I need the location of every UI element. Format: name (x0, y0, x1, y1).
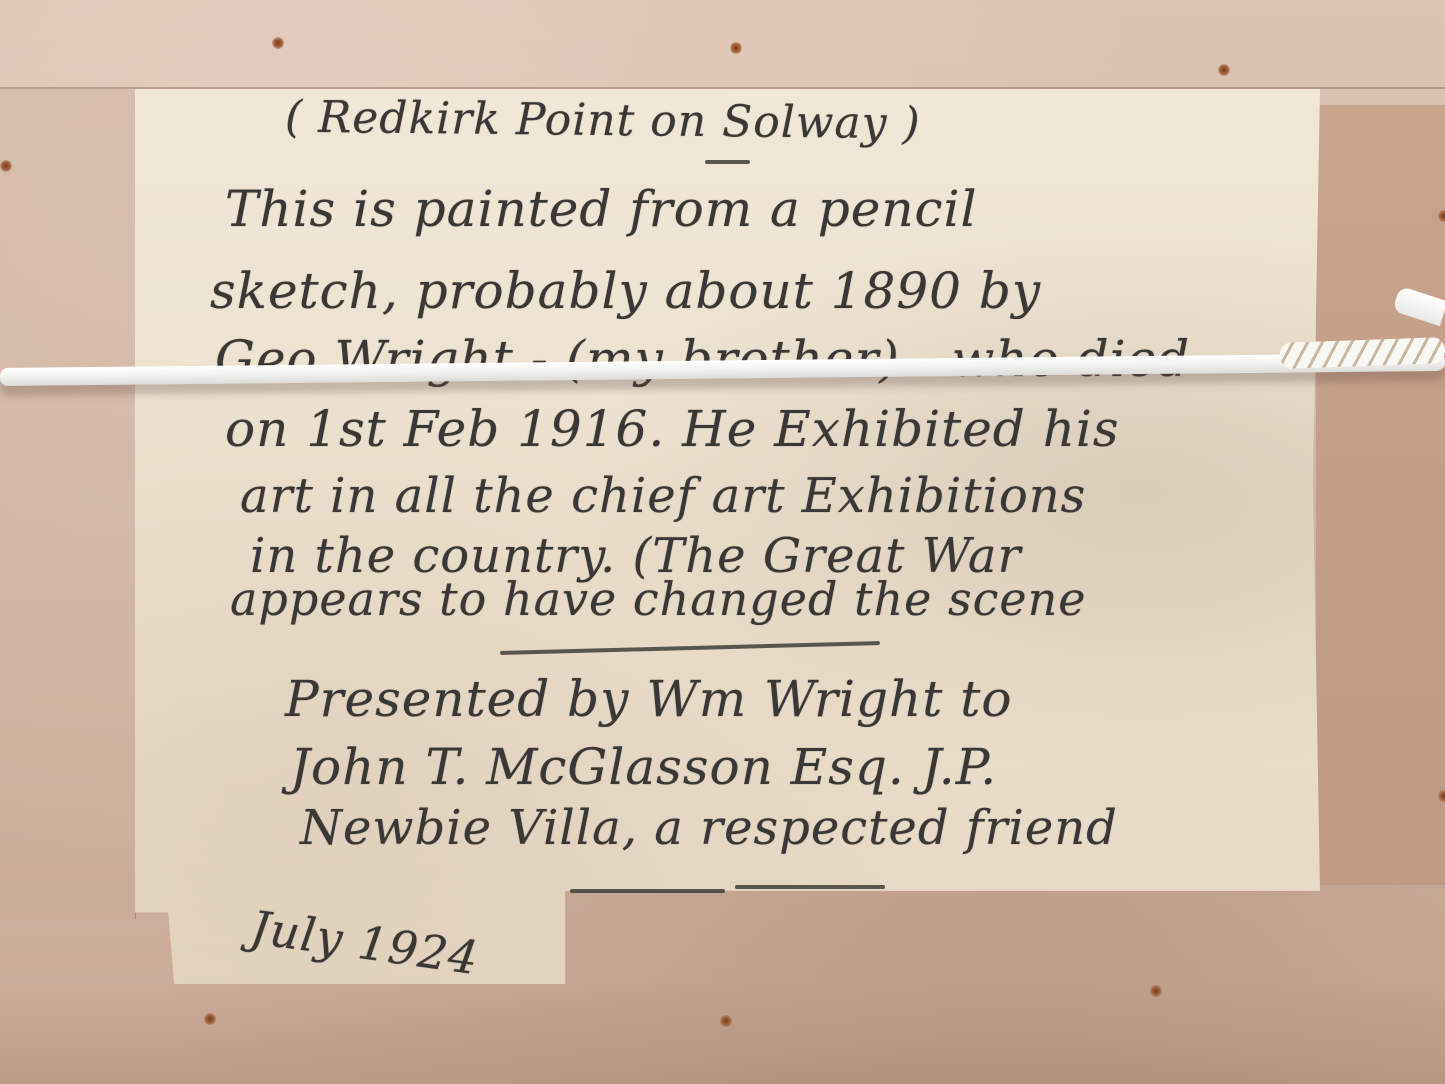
board-panel-left (0, 89, 136, 919)
note-line: sketch, probably about 1890 by (210, 262, 1041, 320)
nail-hole (1438, 790, 1445, 802)
presentation-line: Presented by Wm Wright to (285, 670, 1012, 728)
presentation-line: John T. McGlasson Esq. J.P. (290, 738, 997, 796)
note-line: on 1st Feb 1916. He Exhibited his (225, 400, 1120, 458)
nail-hole (1438, 210, 1445, 222)
shadow (0, 980, 1445, 1084)
board-panel-right (1316, 105, 1445, 885)
nail-hole (272, 37, 284, 49)
nail-hole (0, 160, 12, 172)
nail-hole (1218, 64, 1230, 76)
presentation-line: Newbie Villa, a respected friend (300, 800, 1118, 856)
note-title: ( Redkirk Point on Solway ) (285, 92, 921, 150)
title-underline (705, 160, 750, 164)
nail-hole (730, 42, 742, 54)
note-line: appears to have changed the scene (230, 572, 1086, 626)
note-line: art in all the chief art Exhibitions (240, 468, 1086, 524)
note-line: This is painted from a pencil (225, 180, 978, 238)
closing-underline (735, 885, 885, 889)
board-seam (0, 87, 1445, 89)
closing-underline (570, 889, 725, 893)
